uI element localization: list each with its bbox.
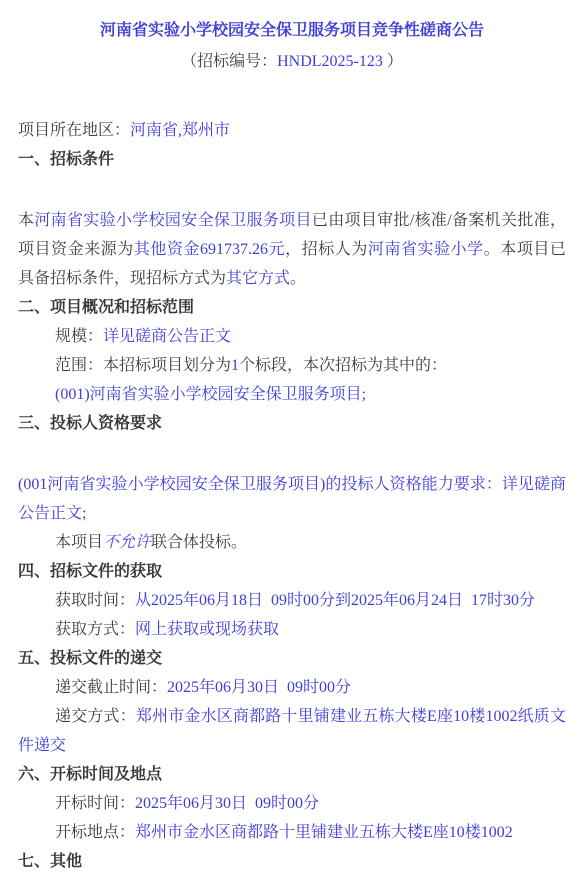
project-location-label: 项目所在地区： [18, 122, 130, 139]
announcement-body: 河南省实验小学校园安全保卫服务项目竞争性磋商公告 （招标编号：HNDL2025-… [0, 0, 584, 876]
lot-count-highlight: 1 [231, 357, 239, 374]
acquire-method-value: 网上获取或现场获取 [135, 621, 279, 638]
scale-line: 规模：详见磋商公告正文 [18, 322, 566, 351]
acquire-time-line: 获取时间：从2025年06月18日 09时00分到2025年06月24日 17时… [18, 586, 566, 615]
lot-name-line: (001)河南省实验小学校园安全保卫服务项目; [18, 380, 566, 409]
funding-highlight: 其他资金691737.26元 [134, 241, 285, 258]
project-name-highlight: 河南省实验小学校园安全保卫服务项目 [34, 212, 312, 229]
submit-deadline-label: 递交截止时间： [55, 679, 167, 696]
blank-line [18, 174, 566, 206]
not-allowed-highlight: 不允许 [103, 534, 151, 551]
acquire-method-label: 获取方式： [55, 621, 135, 638]
section-6-heading: 六、开标时间及地点 [18, 760, 566, 789]
qualification-paragraph: (001河南省实验小学校园安全保卫服务项目)的投标人资格能力要求：详见磋商公告正… [18, 470, 566, 528]
text-run: 范围：本招标项目划分为 [55, 357, 231, 374]
section-3-heading: 三、投标人资格要求 [18, 409, 566, 438]
text-run: 本 [18, 212, 34, 229]
opening-time-line: 开标时间：2025年06月30日 09时00分 [18, 789, 566, 818]
section-4-heading: 四、招标文件的获取 [18, 557, 566, 586]
section-5-heading: 五、投标文件的递交 [18, 644, 566, 673]
submit-deadline-line: 递交截止时间：2025年06月30日 09时00分 [18, 673, 566, 702]
text-run: 。 [290, 270, 306, 287]
tender-number-suffix: ） [383, 53, 403, 70]
scope-line: 范围：本招标项目划分为1个标段，本次招标为其中的： [18, 351, 566, 380]
opening-place-line: 开标地点：郑州市金水区商都路十里铺建业五栋大楼E座10楼1002 [18, 818, 566, 847]
project-location-value: 河南省,郑州市 [130, 122, 230, 139]
section-7-heading: 七、其他 [18, 847, 566, 876]
scale-label: 规模： [55, 328, 103, 345]
document-page: 河南省实验小学校园安全保卫服务项目竞争性磋商公告 （招标编号：HNDL2025-… [0, 0, 584, 877]
tender-number-value: HNDL2025-123 [277, 53, 383, 70]
text-run: 个标段，本次招标为其中的： [239, 357, 447, 374]
text-run: ，招标人为 [285, 241, 368, 258]
project-location-line: 项目所在地区：河南省,郑州市 [18, 116, 566, 145]
opening-time-label: 开标时间： [55, 795, 135, 812]
blank-line [18, 438, 566, 470]
section-1-paragraph: 本河南省实验小学校园安全保卫服务项目已由项目审批/核准/备案机关批准，项目资金来… [18, 206, 566, 293]
document-title: 河南省实验小学校园安全保卫服务项目竞争性磋商公告 [18, 16, 566, 46]
method-highlight: 其它方式 [226, 270, 290, 287]
submit-method-label: 递交方式： [55, 708, 136, 725]
acquire-method-line: 获取方式：网上获取或现场获取 [18, 615, 566, 644]
submit-deadline-value: 2025年06月30日 09时00分 [167, 679, 351, 696]
section-1-heading: 一、招标条件 [18, 145, 566, 174]
acquire-time-label: 获取时间： [55, 592, 135, 609]
submit-method-line: 递交方式：郑州市金水区商都路十里铺建业五栋大楼E座10楼1002纸质文件递交 [18, 702, 566, 760]
text-run: 联合体投标。 [151, 534, 247, 551]
section-2-heading: 二、项目概况和招标范围 [18, 293, 566, 322]
acquire-time-value: 从2025年06月18日 09时00分到2025年06月24日 17时30分 [135, 592, 535, 609]
text-run: 本项目 [55, 534, 103, 551]
scale-value: 详见磋商公告正文 [103, 328, 231, 345]
opening-place-label: 开标地点： [55, 824, 135, 841]
joint-bid-line: 本项目不允许联合体投标。 [18, 528, 566, 557]
opening-time-value: 2025年06月30日 09时00分 [135, 795, 319, 812]
tender-number-line: （招标编号：HNDL2025-123 ） [18, 46, 566, 78]
tender-number-label: （招标编号： [181, 53, 277, 70]
tenderee-highlight: 河南省实验小学 [368, 241, 484, 258]
opening-place-value: 郑州市金水区商都路十里铺建业五栋大楼E座10楼1002 [135, 824, 513, 841]
